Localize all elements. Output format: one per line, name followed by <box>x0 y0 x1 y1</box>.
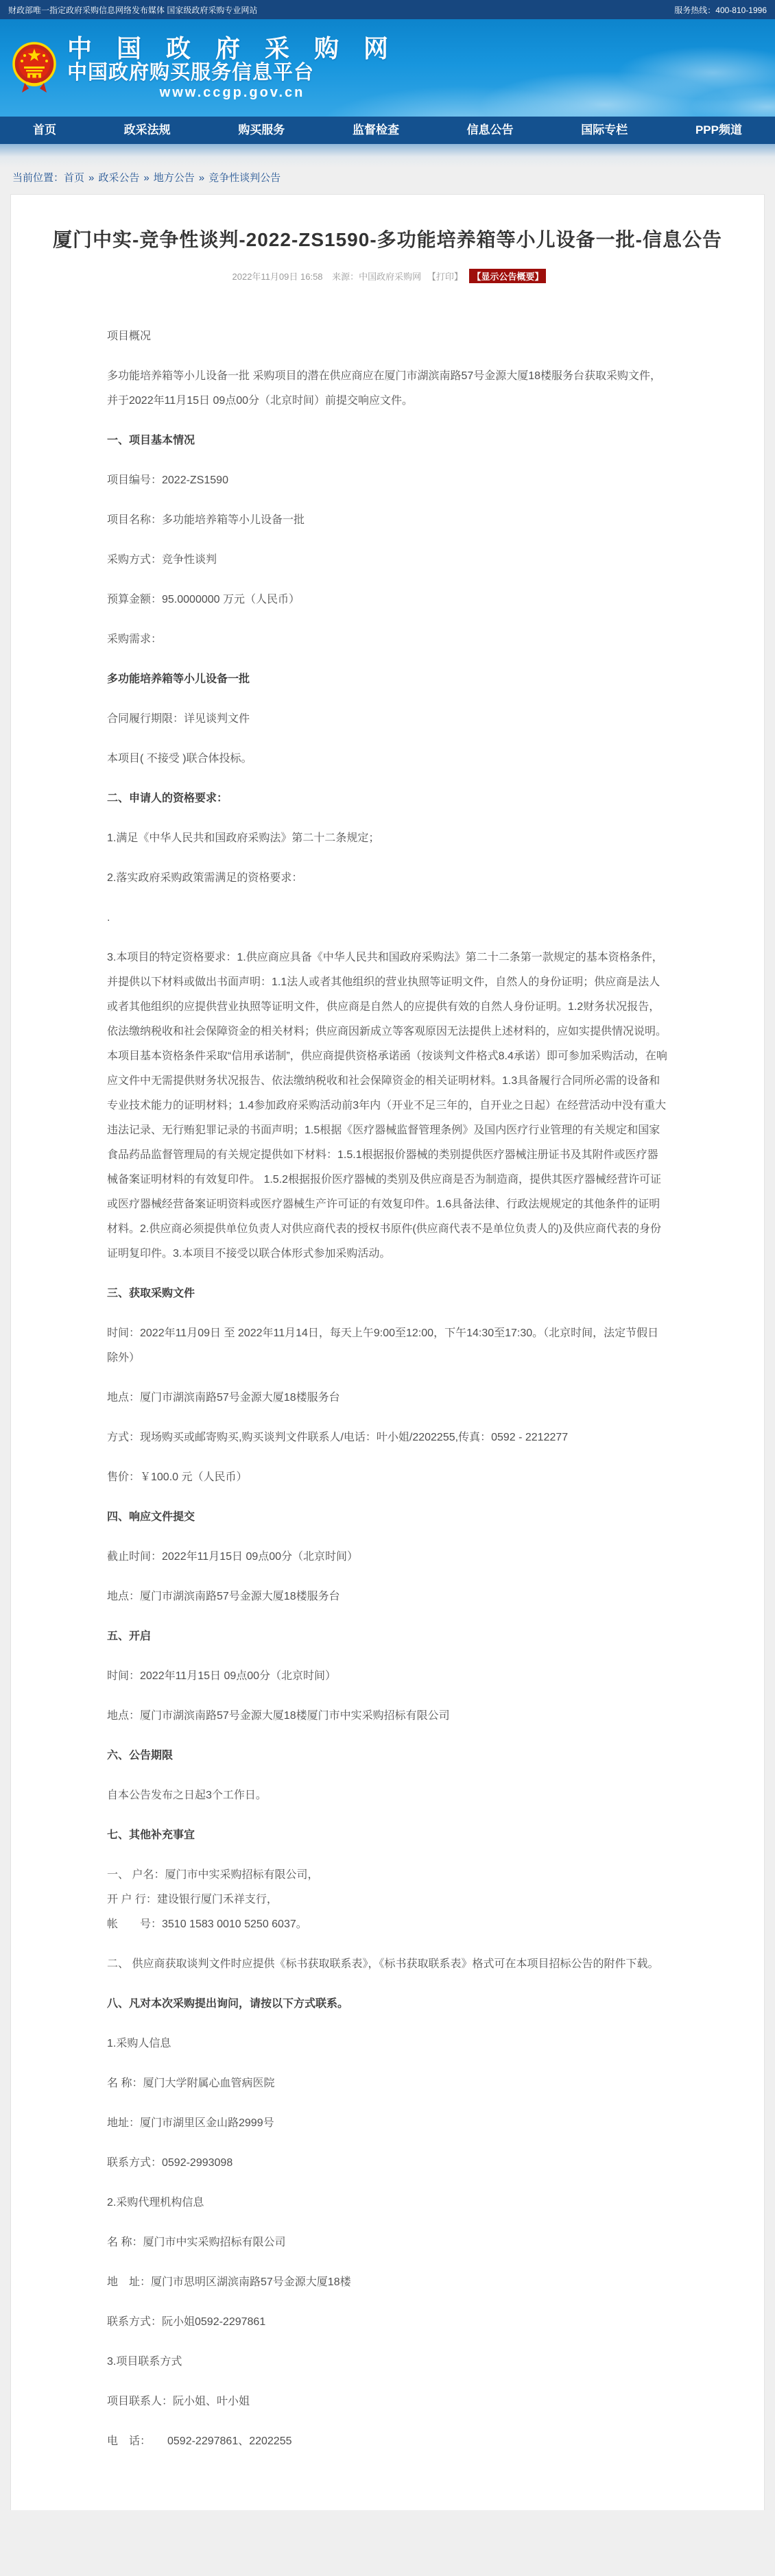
main-nav: 首页政采法规购买服务监督检查信息公告国际专栏PPP频道 <box>0 117 775 144</box>
nav-item[interactable]: 监督检查 <box>353 117 399 144</box>
nav-fade-divider <box>0 144 775 167</box>
article-source: 来源：中国政府采购网 <box>332 272 421 282</box>
paragraph: 名 称：厦门大学附属心血管病医院 <box>107 2071 668 2096</box>
site-name: 中 国 政 府 采 购 网 <box>67 36 397 62</box>
breadcrumb-links: 首页»政采公告»地方公告»竞争性谈判公告 <box>64 172 281 184</box>
paragraph: 项目概况 <box>107 324 668 349</box>
paragraph: 联系方式：阮小姐0592-2297861 <box>107 2310 668 2335</box>
page: 财政部唯一指定政府采购信息网络发布媒体 国家级政府采购专业网站 服务热线：400… <box>0 0 775 2510</box>
masthead: 中 国 政 府 采 购 网 中国政府购买服务信息平台 www.ccgp.gov.… <box>0 19 775 117</box>
breadcrumb-separator: » <box>88 172 94 184</box>
section-heading: 二、申请人的资格要求： <box>107 786 668 811</box>
print-button[interactable]: 【打印】 <box>427 272 463 282</box>
paragraph: 地点：厦门市湖滨南路57号金源大厦18楼厦门市中实采购招标有限公司 <box>107 1704 668 1729</box>
paragraph: 1.采购人信息 <box>107 2032 668 2056</box>
nav-item[interactable]: 政采法规 <box>124 117 171 144</box>
top-bar: 财政部唯一指定政府采购信息网络发布媒体 国家级政府采购专业网站 服务热线：400… <box>0 0 775 19</box>
paragraph: 2.落实政府采购政策需满足的资格要求： <box>107 866 668 891</box>
section-heading: 八、凡对本次采购提出询问，请按以下方式联系。 <box>107 1992 668 2017</box>
breadcrumb: 当前位置：首页»政采公告»地方公告»竞争性谈判公告 <box>0 167 775 194</box>
section-heading: 五、开启 <box>107 1624 668 1649</box>
paragraph: 二、 供应商获取谈判文件时应提供《标书获取联系表》，《标书获取联系表》格式可在本… <box>107 1952 668 1977</box>
paragraph: 时间：2022年11月09日 至 2022年11月14日，每天上午9:00至12… <box>107 1321 668 1371</box>
paragraph: 联系方式：0592-2993098 <box>107 2151 668 2176</box>
paragraph: 2.采购代理机构信息 <box>107 2191 668 2215</box>
breadcrumb-separator: » <box>143 172 149 184</box>
paragraph: 售价：￥100.0 元（人民币） <box>107 1465 668 1490</box>
paragraph: 截止时间：2022年11月15日 09点00分（北京时间） <box>107 1545 668 1569</box>
article-panel: 厦门中实-竞争性谈判-2022-ZS1590-多功能培养箱等小儿设备一批-信息公… <box>10 194 765 2510</box>
breadcrumb-separator: » <box>199 172 204 184</box>
paragraph: 地址：厦门市湖里区金山路2999号 <box>107 2111 668 2136</box>
section-heading: 七、其他补充事宜 <box>107 1823 668 1848</box>
paragraph: 地 址：厦门市思明区湖滨南路57号金源大厦18楼 <box>107 2270 668 2295</box>
section-heading: 三、获取采购文件 <box>107 1281 668 1306</box>
paragraph: 本项目( 不接受 )联合体投标。 <box>107 747 668 771</box>
section-heading: 一、项目基本情况 <box>107 429 668 453</box>
paragraph: 合同履行期限：详见谈判文件 <box>107 707 668 732</box>
paragraph: 项目编号：2022-ZS1590 <box>107 468 668 493</box>
service-hotline: 服务热线：400-810-1996 <box>674 4 767 16</box>
page-title: 厦门中实-竞争性谈判-2022-ZS1590-多功能培养箱等小儿设备一批-信息公… <box>32 225 743 252</box>
site-url: www.ccgp.gov.cn <box>67 84 397 101</box>
paragraph: 项目名称：多功能培养箱等小儿设备一批 <box>107 508 668 533</box>
site-slogan: 财政部唯一指定政府采购信息网络发布媒体 国家级政府采购专业网站 <box>8 4 257 16</box>
paragraph: 采购方式：竞争性谈判 <box>107 548 668 573</box>
nav-item[interactable]: 购买服务 <box>238 117 285 144</box>
article-meta: 2022年11月09日 16:58 来源：中国政府采购网 【打印】 【显示公告概… <box>11 269 764 283</box>
paragraph: 电 话： 0592-2297861、2202255 <box>107 2429 668 2454</box>
nav-item[interactable]: 国际专栏 <box>581 117 628 144</box>
paragraph: 多功能培养箱等小儿设备一批 采购项目的潜在供应商应在厦门市湖滨南路57号金源大厦… <box>107 364 668 413</box>
site-subtitle: 中国政府购买服务信息平台 <box>67 62 397 84</box>
breadcrumb-link[interactable]: 竞争性谈判公告 <box>208 172 281 184</box>
paragraph: 采购需求： <box>107 627 668 652</box>
show-summary-button[interactable]: 【显示公告概要】 <box>469 269 546 283</box>
breadcrumb-label: 当前位置： <box>12 172 64 184</box>
paragraph: 自本公告发布之日起3个工作日。 <box>107 1783 668 1808</box>
paragraph: 地点：厦门市湖滨南路57号金源大厦18楼服务台 <box>107 1386 668 1410</box>
paragraph: 项目联系人：阮小姐、叶小姐 <box>107 2390 668 2414</box>
paragraph: 名 称：厦门市中实采购招标有限公司 <box>107 2230 668 2255</box>
brand-block: 中 国 政 府 采 购 网 中国政府购买服务信息平台 www.ccgp.gov.… <box>67 36 397 101</box>
paragraph: 1.满足《中华人民共和国政府采购法》第二十二条规定； <box>107 826 668 851</box>
paragraph: 一、 户名：厦门市中实采购招标有限公司，开 户 行：建设银行厦门禾祥支行，帐 号… <box>107 1863 668 1937</box>
paragraph: . <box>107 906 668 930</box>
paragraph: 方式：现场购买或邮寄购买,购买谈判文件联系人/电话：叶小姐/2202255,传真… <box>107 1425 668 1450</box>
nav-item[interactable]: 信息公告 <box>467 117 514 144</box>
breadcrumb-link[interactable]: 政采公告 <box>98 172 139 184</box>
breadcrumb-link[interactable]: 首页 <box>64 172 84 184</box>
paragraph: 地点：厦门市湖滨南路57号金源大厦18楼服务台 <box>107 1585 668 1609</box>
article-content: 项目概况多功能培养箱等小儿设备一批 采购项目的潜在供应商应在厦门市湖滨南路57号… <box>11 283 764 2454</box>
nav-item[interactable]: PPP频道 <box>695 117 742 144</box>
section-heading: 六、公告期限 <box>107 1744 668 1768</box>
paragraph: 时间：2022年11月15日 09点00分（北京时间） <box>107 1664 668 1689</box>
paragraph: 3.本项目的特定资格要求：1.供应商应具备《中华人民共和国政府采购法》第二十二条… <box>107 946 668 1266</box>
section-heading: 四、响应文件提交 <box>107 1505 668 1530</box>
breadcrumb-link[interactable]: 地方公告 <box>154 172 195 184</box>
paragraph: 预算金额：95.0000000 万元（人民币） <box>107 588 668 612</box>
paragraph: 3.项目联系方式 <box>107 2350 668 2374</box>
publish-date: 2022年11月09日 16:58 <box>232 272 323 282</box>
nav-item[interactable]: 首页 <box>33 117 56 144</box>
national-emblem-icon <box>12 40 56 95</box>
section-heading: 多功能培养箱等小儿设备一批 <box>107 667 668 692</box>
